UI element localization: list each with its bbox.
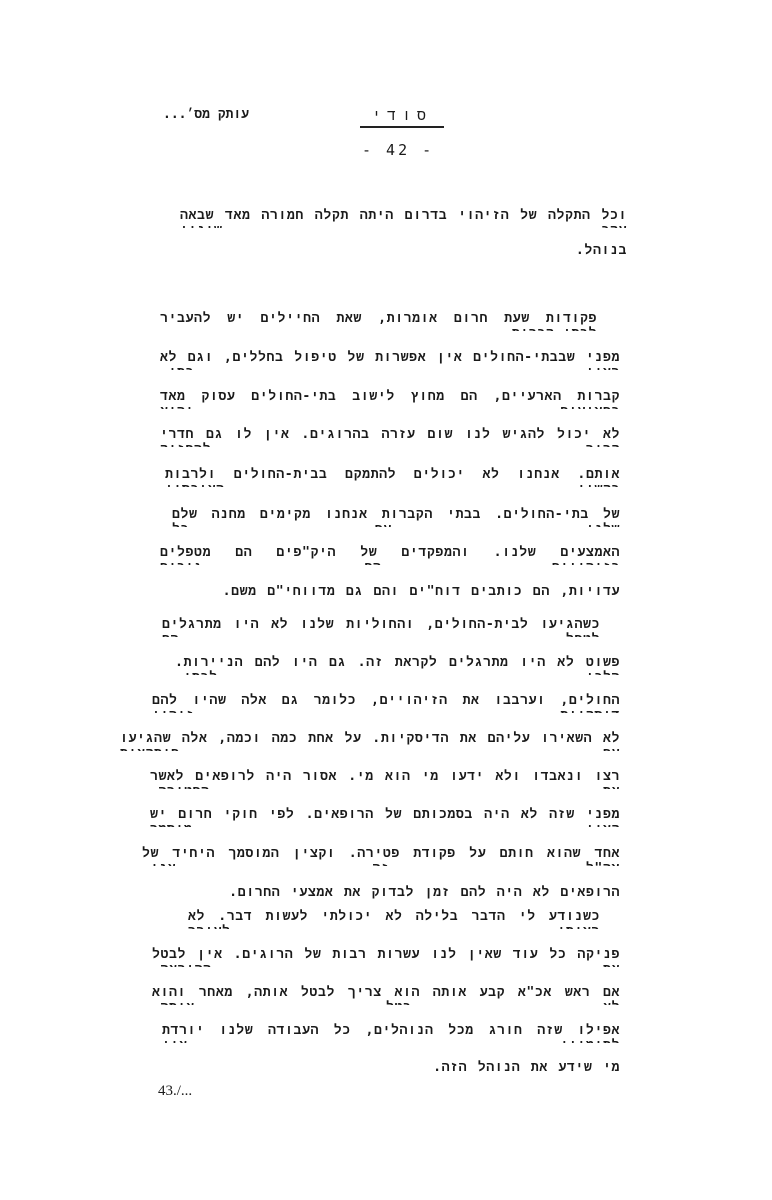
text-line: פשוט לא היו מתרגלים לקראת זה. גם היו להם… (175, 655, 620, 675)
text-line: לא השאירו עליהם את הדיסקיות. על אחת כמה … (120, 731, 620, 751)
text-line: הרופאים לא היה להם זמן לבדוק את אמצעי הח… (229, 885, 620, 900)
text-line: החולים, וערבבו את הזיהויים, כלומר גם אלה… (152, 693, 620, 713)
text-line: אם ראש אכ"א קבע אותה הוא צריך לבטל אותה,… (152, 985, 620, 1005)
text-line: כשנודע לי הדבר בלילה לא יכולתי לעשות דבר… (188, 909, 600, 929)
text-line: מפני שבבתי-החולים אין אפשרות של טיפול בח… (160, 350, 620, 370)
text-line: מפני שזה לא היה בסמכותם של הרופאים. לפי … (150, 807, 620, 827)
text-line: האמצעים שלנו. והמפקדים של היק"פים הם מטפ… (160, 545, 620, 565)
text-line: אותם. אנחנו לא יכולים להתמקם בבית-החולים… (165, 467, 620, 487)
text-line: בנוהל. (576, 243, 627, 258)
text-line: עדויות, הם כותבים דוח"ים והם גם מדווחי"ם… (223, 584, 620, 599)
text-line: מי שידע את הנוהל הזה. (433, 1060, 620, 1075)
text-line: פקודות שעת חרום אומרות, שאת החיילים יש ל… (160, 311, 597, 331)
page-number: - 42 - (362, 141, 434, 159)
continuation-marker: 43./... (158, 1083, 192, 1100)
classification-heading: סודי (360, 106, 444, 128)
text-line: וכל התקלה של הזיהוי בדרום היתה תקלה חמור… (180, 208, 627, 228)
copy-number: עותק מס׳... (163, 107, 249, 122)
text-line: אחד שהוא חותם על פקודת פטירה. וקצין המוס… (142, 846, 620, 866)
text-line: אפילו שזה חורג מכל הנוהלים, כל העבודה של… (162, 1023, 620, 1043)
text-line: פניקה כל עוד שאין לנו עשרות רבות של הרוג… (152, 947, 620, 967)
text-line: רצו ונאבדו ולא ידעו מי הוא מי. אסור היה … (150, 769, 620, 789)
text-line: כשהגיעו לבית-החולים, והחוליות שלנו לא הי… (162, 617, 600, 637)
text-line: קברות הארעיים, הם מחוץ לישוב בתי-החולים … (160, 389, 620, 409)
text-line: של בתי-החולים. בבתי הקברות אנחנו מקימים … (172, 507, 620, 527)
text-line: לא יכול להגיש לנו שום עזרה בהרוגים. אין … (160, 427, 620, 447)
